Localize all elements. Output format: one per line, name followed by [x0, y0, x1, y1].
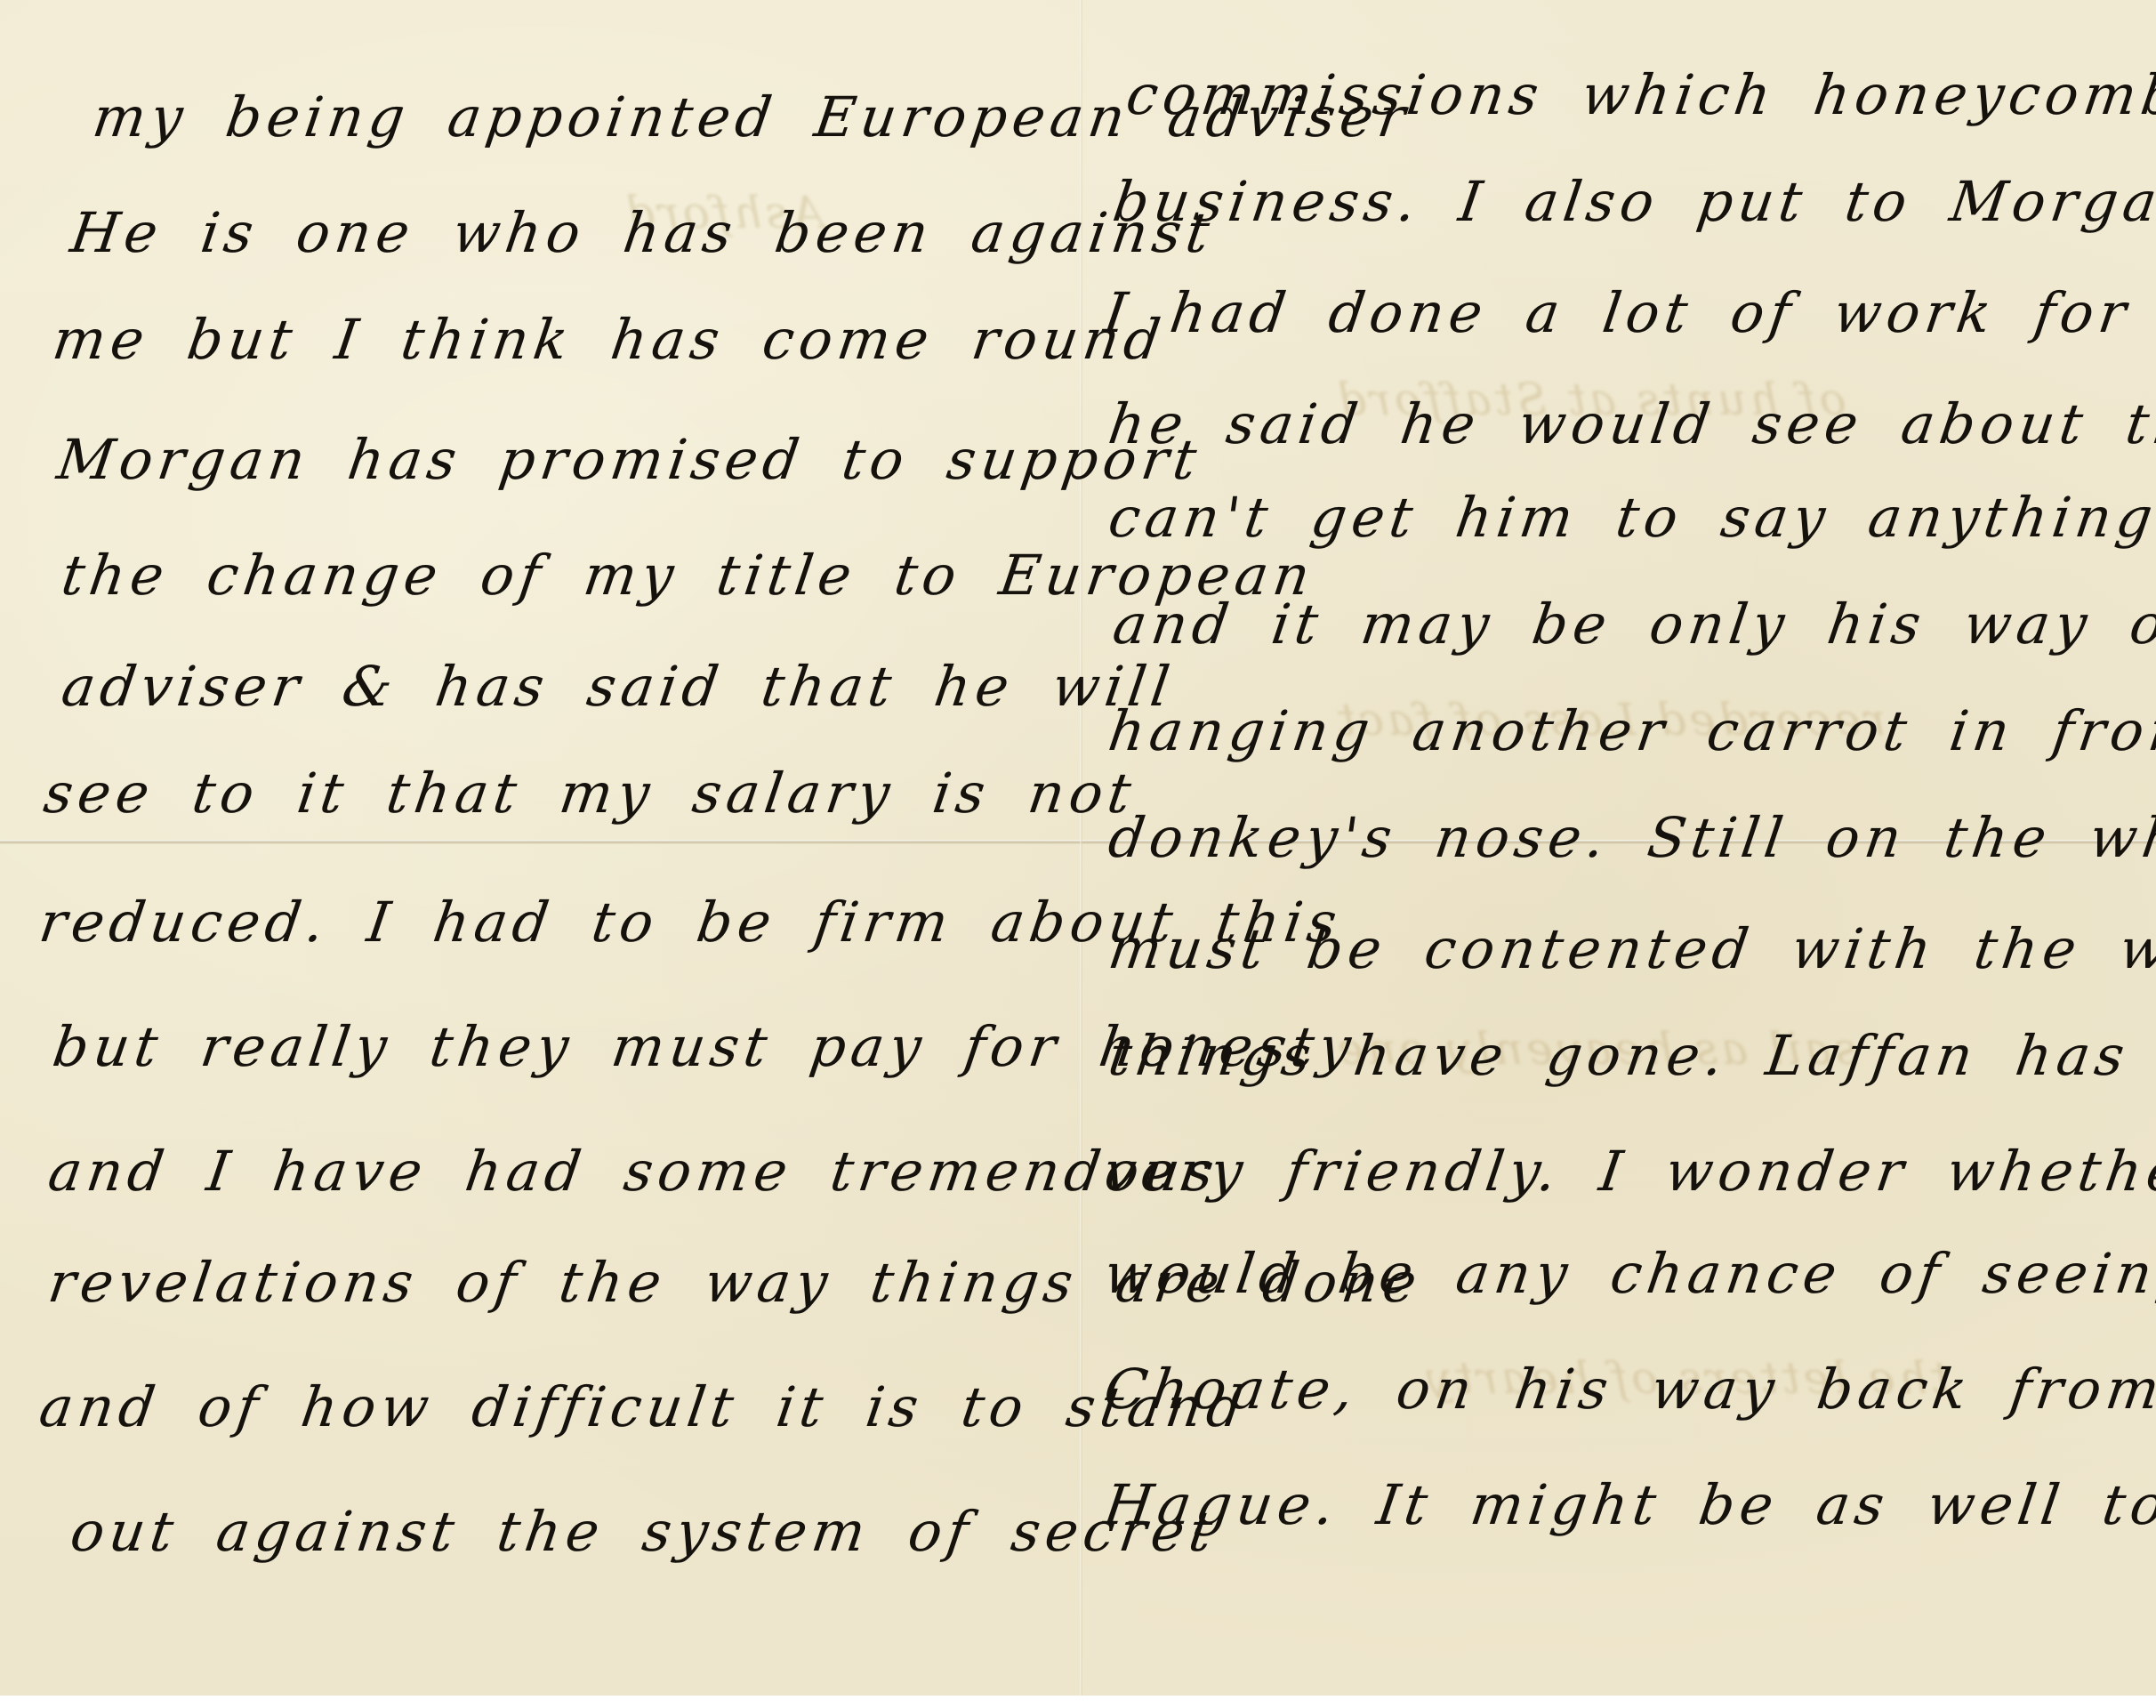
- letter-sheet: Ashford of hunts at Stafford recorded Lo…: [0, 0, 2156, 1696]
- handwritten-line: Morgan has promised to support: [53, 427, 1206, 492]
- left-page: my being appointed European adviser He i…: [0, 0, 1080, 1696]
- handwritten-line: commissions which honeycombs the whole: [1122, 62, 2156, 127]
- right-page: commissions which honeycombs the whole b…: [1082, 0, 2156, 1696]
- handwritten-line: things have gone. Laffan has been: [1105, 1023, 2156, 1088]
- handwritten-line: he said he would see about that. I: [1105, 391, 2156, 456]
- handwritten-line: business. I also put to Morgan that: [1109, 169, 2156, 234]
- handwritten-line: and it may be only his way of: [1109, 592, 2156, 657]
- handwritten-line: hanging another carrot in front of the: [1105, 698, 2156, 763]
- handwritten-line: He is one who has been against: [67, 200, 1219, 265]
- handwritten-line: me but I think has come round: [49, 307, 1170, 372]
- handwritten-line: Choate, on his way back from the: [1100, 1357, 2156, 1422]
- handwritten-line: Hague. It might be as well to let: [1100, 1472, 2156, 1537]
- handwritten-line: and of how difficult it is to stand: [36, 1374, 1252, 1439]
- handwritten-line: must be contented with the way: [1105, 916, 2156, 981]
- handwritten-line: see to it that my salary is not: [40, 761, 1140, 826]
- handwritten-line: and I have had some tremendous: [44, 1139, 1223, 1204]
- handwritten-line: adviser & has said that he will: [58, 654, 1179, 719]
- handwritten-line: out against the system of secret: [67, 1499, 1221, 1564]
- handwritten-line: would be any chance of seeing Mr.: [1100, 1241, 2156, 1306]
- handwritten-line: can't get him to say anything definite.: [1105, 485, 2156, 550]
- handwritten-line: I had done a lot of work for him &: [1100, 280, 2156, 345]
- handwritten-line: very friendly. I wonder whether there: [1100, 1139, 2156, 1204]
- handwritten-line: donkey's nose. Still on the whole I: [1105, 805, 2156, 870]
